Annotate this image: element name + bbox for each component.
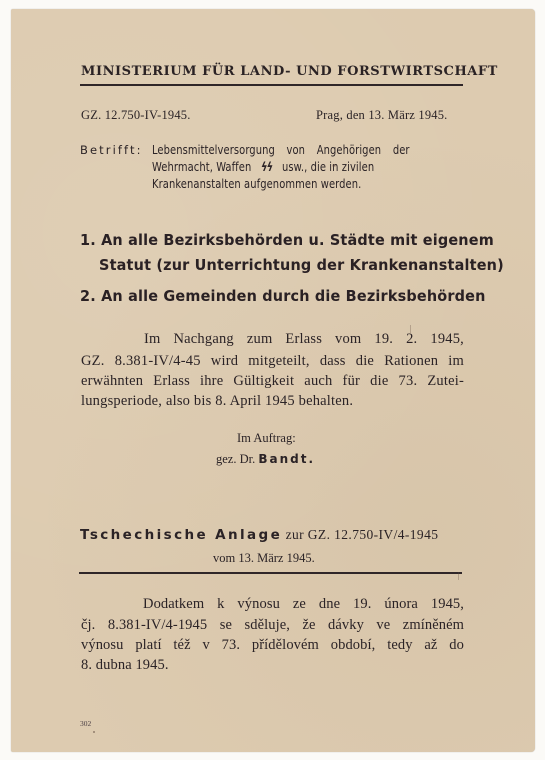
subject-text-cont: usw., die in zivilen	[282, 160, 374, 174]
signatory-name: Bandt.	[258, 452, 315, 466]
paper-speck	[410, 325, 411, 333]
subject-line-1: Lebensmittelversorgung von Angehörigen d…	[152, 143, 410, 157]
ss-rune-icon: ϟϟ	[261, 160, 272, 174]
subject-line-3: Krankenanstalten aufgenommen werden.	[152, 177, 361, 191]
czech-body-line-2: čj. 8.381-IV/4-1945 se sděluje, že dávky…	[81, 617, 464, 634]
paper-speck	[332, 164, 336, 167]
paper-speck	[93, 731, 95, 733]
signature-prefix: gez. Dr.	[216, 452, 255, 466]
czech-body-line-4: 8. dubna 1945.	[81, 657, 169, 674]
annex-title-rest: zur GZ. 12.750-IV/4-1945	[286, 527, 439, 542]
ministry-header: MINISTERIUM FÜR LAND- UND FORSTWIRTSCHAF…	[81, 64, 498, 79]
czech-body-line-1: Dodatkem k výnosu ze dne 19. února 1945,	[143, 596, 464, 613]
german-body-line-4: lungsperiode, also bis 8. April 1945 beh…	[81, 393, 353, 410]
annex-date: vom 13. März 1945.	[213, 551, 315, 566]
czech-body-line-3: výnosu platí též v 73. přídělovém období…	[81, 637, 464, 654]
german-body-line-2: GZ. 8.381-IV/4-45 wird mitgeteilt, dass …	[81, 353, 464, 370]
signature-line-2: gez. Dr. Bandt.	[216, 452, 315, 467]
addressee-1-line-2: Statut (zur Unterrichtung der Krankenans…	[99, 256, 504, 274]
subject-label: Betrifft:	[80, 143, 143, 157]
german-body-line-1: Im Nachgang zum Erlass vom 19. 2. 1945,	[144, 331, 464, 348]
addressee-2-line-1: 2. An alle Gemeinden durch die Bezirksbe…	[80, 287, 486, 305]
addressee-1-line-1: 1. An alle Bezirksbehörden u. Städte mit…	[80, 231, 494, 249]
paper-speck	[458, 572, 459, 580]
signature-line-1: Im Auftrag:	[237, 431, 296, 446]
annex-title: Tschechische Anlage zur GZ. 12.750-IV/4-…	[80, 527, 438, 543]
place-date: Prag, den 13. März 1945.	[316, 108, 448, 123]
subject-line-2: Wehrmacht, Waffen ϟϟ usw., die in zivile…	[152, 160, 374, 174]
reference-number: GZ. 12.750-IV-1945.	[81, 108, 191, 123]
page-number: 302	[80, 719, 91, 728]
annex-rule	[79, 572, 462, 574]
header-rule	[80, 84, 463, 86]
annex-title-bold: Tschechische Anlage	[80, 527, 282, 543]
subject-text: Wehrmacht, Waffen	[152, 160, 251, 174]
german-body-line-3: erwähnten Erlass ihre Gültigkeit auch fü…	[81, 373, 464, 390]
